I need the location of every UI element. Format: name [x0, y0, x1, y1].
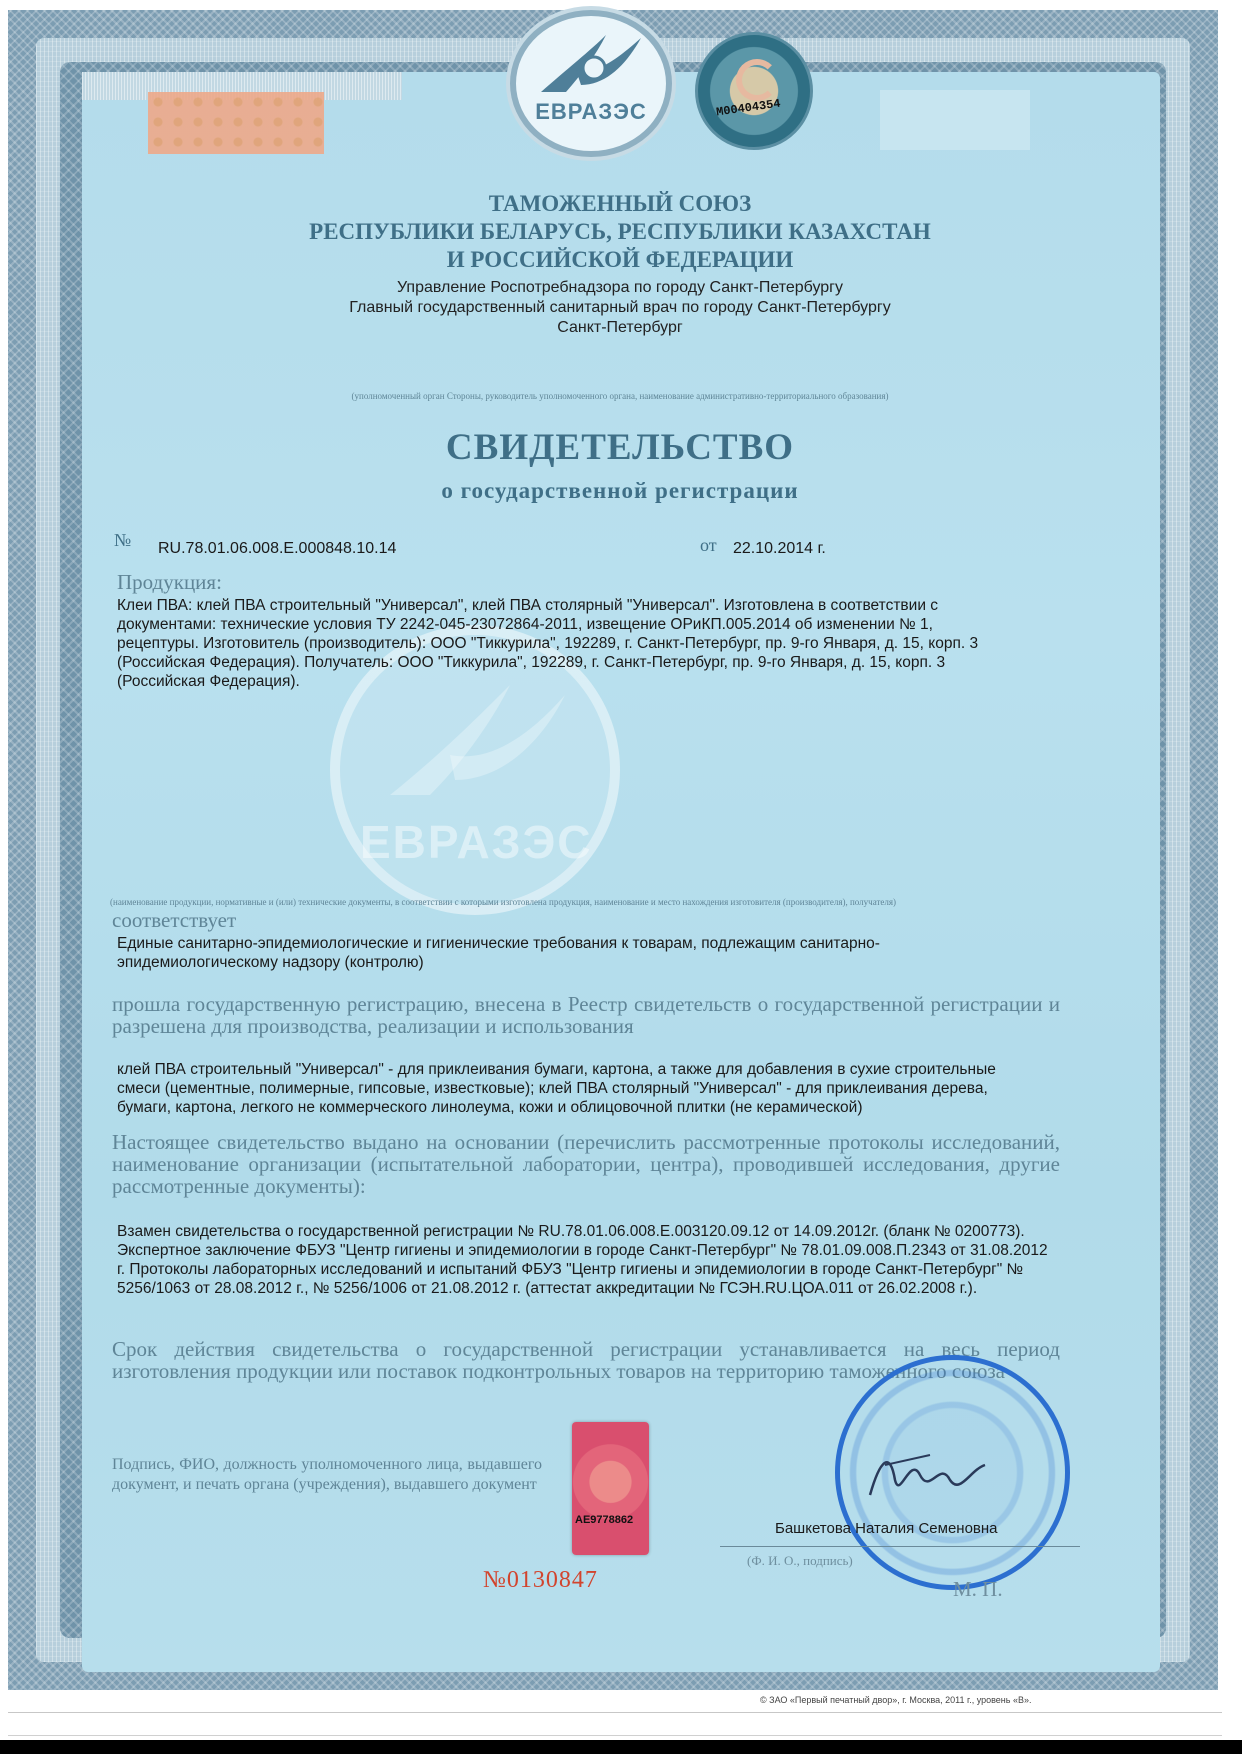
authority-line-3: Санкт-Петербург [100, 318, 1140, 338]
product-description: Клеи ПВА: клей ПВА строительный "Универс… [117, 596, 1017, 691]
union-line-3: И РОССИЙСКОЙ ФЕДЕРАЦИИ [100, 246, 1140, 274]
registration-number: RU.78.01.06.008.Е.000848.10.14 [158, 540, 396, 558]
watermark-swoosh-icon [380, 675, 570, 805]
authority-caption: (уполномоченный орган Стороны, руководит… [100, 391, 1140, 401]
conformity-mark-icon [736, 59, 778, 101]
signatory-name: Башкетова Наталия Семеновна [775, 1520, 998, 1537]
signature-line [720, 1546, 1080, 1547]
union-line-2: РЕСПУБЛИКИ БЕЛАРУСЬ, РЕСПУБЛИКИ КАЗАХСТА… [100, 218, 1140, 246]
hologram-strip-icon [148, 92, 324, 154]
hologram-sticker-icon: АЕ9778862 [572, 1422, 649, 1555]
basis-label: Настоящее свидетельство выдано на основа… [112, 1131, 1060, 1197]
number-label: № [114, 530, 131, 551]
union-title: ТАМОЖЕННЫЙ СОЮЗ РЕСПУБЛИКИ БЕЛАРУСЬ, РЕС… [100, 190, 1140, 274]
faint-security-patch [880, 90, 1030, 150]
conformity-text: Единые санитарно-эпидемиологические и ги… [117, 934, 1037, 972]
hologram-sticker-code: АЕ9778862 [575, 1514, 633, 1526]
watermark-text: ЕВРАЗЭС [360, 815, 590, 869]
issuing-authority: Управление Роспотребнадзора по городу Са… [100, 278, 1140, 338]
signature-label: Подпись, ФИО, должность уполномоченного … [112, 1455, 542, 1495]
document-title: СВИДЕТЕЛЬСТВО [100, 426, 1140, 469]
hologram-seal-icon: M00404354 [695, 32, 813, 150]
scan-edge-line [8, 1712, 1222, 1713]
registration-statement-label: прошла государственную регистрацию, внес… [112, 993, 1060, 1037]
printer-imprint: © ЗАО «Первый печатный двор», г. Москва,… [760, 1695, 1031, 1705]
emblem-text: ЕВРАЗЭС [535, 99, 647, 125]
product-caption: (наименование продукции, нормативные и (… [110, 897, 1090, 907]
hologram-code: M00404354 [715, 97, 781, 120]
seal-label: М. П. [953, 1577, 1003, 1602]
eurasec-emblem: ЕВРАЗЭС [510, 10, 672, 157]
form-number: №0130847 [483, 1567, 598, 1594]
authority-line-1: Управление Роспотребнадзора по городу Са… [100, 278, 1140, 298]
eurasec-swoosh-icon [536, 30, 646, 100]
scan-bottom-edge [0, 1740, 1242, 1754]
conformity-label: соответствует [112, 908, 236, 933]
document-subtitle: о государственной регистрации [100, 478, 1140, 504]
union-line-1: ТАМОЖЕННЫЙ СОЮЗ [100, 190, 1140, 218]
usage-text: клей ПВА строительный "Универсал" - для … [117, 1060, 1017, 1117]
scan-edge-line-2 [8, 1735, 1222, 1736]
product-label: Продукция: [117, 570, 222, 595]
date-label: от [700, 535, 717, 556]
basis-text: Взамен свидетельства о государственной р… [117, 1222, 1057, 1298]
fio-caption: (Ф. И. О., подпись) [747, 1553, 853, 1569]
registration-date: 22.10.2014 г. [733, 540, 826, 558]
signature-scribble-icon [860, 1440, 990, 1510]
authority-line-2: Главный государственный санитарный врач … [100, 298, 1140, 318]
